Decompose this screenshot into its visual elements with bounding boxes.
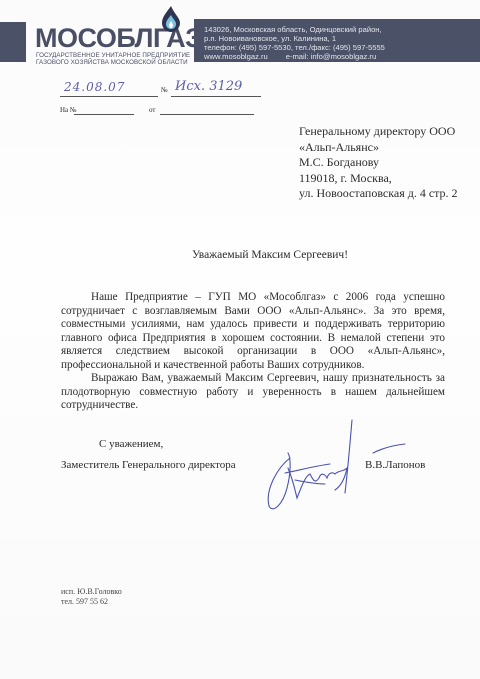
number-label: № bbox=[161, 86, 168, 94]
number-handwritten: Исх. 3129 bbox=[175, 79, 242, 94]
letterhead-left-bar bbox=[0, 22, 26, 62]
addressee-line: ул. Новоостаповская д. 4 стр. 2 bbox=[299, 186, 458, 202]
letterhead-contact-block: 143026, Московская область, Одинцовский … bbox=[194, 19, 480, 62]
executor-block: исп. Ю.В.Головко тел. 597 55 62 bbox=[61, 587, 122, 607]
date-handwritten: 24.08.07 bbox=[64, 80, 125, 94]
body-paragraph: Выражаю Вам, уважаемый Максим Сергеевич,… bbox=[61, 372, 445, 413]
company-subtitle: Государственное унитарное предприятие га… bbox=[36, 52, 190, 66]
reply-from-field bbox=[160, 105, 254, 115]
addressee-line: Генеральному директору ООО bbox=[299, 124, 458, 140]
outgoing-reference: 24.08.07 № Исх. 3129 bbox=[60, 79, 265, 99]
company-subtitle-line2: газового хозяйства Московской области bbox=[36, 59, 190, 66]
letter-page: МОСОБЛГАЗ Государственное унитарное пред… bbox=[0, 0, 480, 679]
reply-reference: На № от bbox=[60, 105, 265, 117]
number-field: Исх. 3129 bbox=[171, 79, 261, 97]
salutation: Уважаемый Максим Сергеевич! bbox=[0, 249, 480, 261]
executor-name: исп. Ю.В.Головко bbox=[61, 587, 122, 597]
date-field: 24.08.07 bbox=[60, 79, 158, 97]
company-website: www.mosoblgaz.ru bbox=[204, 52, 268, 61]
company-address-line2: р.п. Новоивановское, ул. Калинина, 1 bbox=[204, 34, 480, 43]
company-web-email: www.mosoblgaz.rue-mail: info@mosoblgaz.r… bbox=[204, 52, 480, 61]
addressee-block: Генеральному директору ООО «Альп-Альянс»… bbox=[299, 124, 458, 202]
addressee-line: М.С. Богданову bbox=[299, 155, 458, 171]
signatory-name: В.В.Лапонов bbox=[365, 459, 425, 471]
signatory-title: Заместитель Генерального директора bbox=[61, 459, 236, 471]
gas-flame-icon bbox=[160, 6, 182, 32]
closing-regards: С уважением, bbox=[99, 438, 163, 450]
addressee-line: 119018, г. Москва, bbox=[299, 171, 458, 187]
company-address-line1: 143026, Московская область, Одинцовский … bbox=[204, 25, 480, 34]
company-phone: телефон: (495) 597-5530, тел./факс: (495… bbox=[204, 43, 480, 52]
addressee-line: «Альп-Альянс» bbox=[299, 140, 458, 156]
letter-body: Наше Предприятие – ГУП МО «Мособлгаз» с … bbox=[61, 291, 445, 413]
executor-phone: тел. 597 55 62 bbox=[61, 597, 122, 607]
reply-to-field bbox=[74, 105, 134, 115]
body-paragraph: Наше Предприятие – ГУП МО «Мособлгаз» с … bbox=[61, 291, 445, 372]
reply-from-label: от bbox=[149, 106, 155, 114]
company-email: e-mail: info@mosoblgaz.ru bbox=[286, 52, 376, 61]
company-subtitle-line1: Государственное унитарное предприятие bbox=[36, 52, 190, 59]
